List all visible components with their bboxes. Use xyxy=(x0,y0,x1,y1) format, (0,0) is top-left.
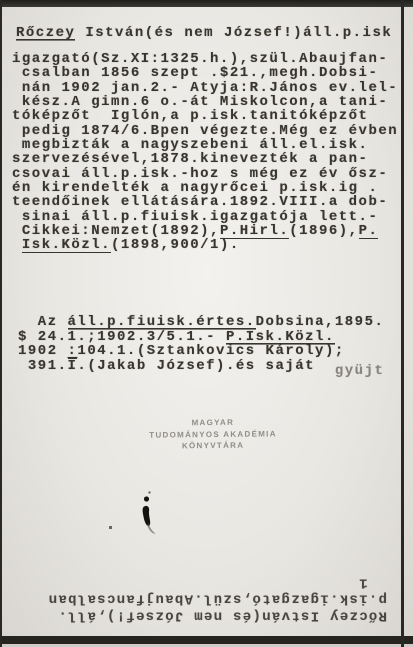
text-line: teendőinek ellátására.1892.VIII.a dob- xyxy=(12,195,398,209)
references-paragraph: Az áll.p.fiuisk.értes.Dobsina,1895.$ 24.… xyxy=(18,315,384,373)
card-title-line: Rőczey István(és nem József!)áll.p.isk xyxy=(16,26,392,40)
text-line: Rőczey István(és nem József!)áll.p.isk xyxy=(16,26,392,40)
ink-speck xyxy=(109,526,112,529)
text-line: Rőczey István(és nem József!),áll. xyxy=(28,607,387,624)
text-line: p.isk.igazgató,szül.Abaujfancsalban xyxy=(28,590,387,607)
card-edge-bottom xyxy=(0,636,413,644)
text-line: sinai áll.p.fiuisk.igazgatója lett.- xyxy=(12,210,398,224)
biography-paragraph: igazgató(Sz.XI:1325.h.),szül.Abaujfan- c… xyxy=(12,52,398,253)
verso-upside-down-text: Rőczey István(és nem József!),áll.p.isk.… xyxy=(28,574,387,624)
library-stamp: MAGYAR TUDOMÁNYOS AKADÉMIA KÖNYVTÁRA xyxy=(113,416,313,453)
card-edge-right xyxy=(401,0,404,647)
catalog-card: Rőczey István(és nem József!)áll.p.isk i… xyxy=(0,0,413,647)
text-line: csalban 1856 szept .$21.,megh.Dobsi- xyxy=(12,66,398,80)
text-line: pedig 1874/6.Bpen végezte.Még ez évben xyxy=(12,124,398,138)
text-line: 391.I.(Jakab József).és saját gyüjt xyxy=(18,359,384,374)
text-line: csovai áll.p.isk.-hoz s még ez év ősz- xyxy=(12,167,398,181)
text-line: tóképzőt Iglón,a p.isk.tanitóképzőt xyxy=(12,109,398,123)
text-line: Isk.Közl.(1898,900/1). xyxy=(12,238,398,252)
stamp-line: KÖNYVTÁRA xyxy=(113,439,313,453)
text-line: $ 24.1.;1902.3/5.1.- P.Isk.Közl. xyxy=(18,330,384,345)
text-line: 1902 :104.1.(Sztankovics Károly); xyxy=(18,344,384,359)
card-edge-left xyxy=(0,0,2,647)
text-line: Az áll.p.fiuisk.értes.Dobsina,1895. xyxy=(18,315,384,330)
text-line: szervezésével,1878.kinevezték a pan- xyxy=(12,152,398,166)
text-line: nán 1902 jan.2.- Atyja:R.János ev.lel- xyxy=(12,81,398,95)
card-edge-top xyxy=(0,0,413,7)
text-line: 1 xyxy=(28,574,387,591)
ink-blot-icon xyxy=(132,490,162,538)
